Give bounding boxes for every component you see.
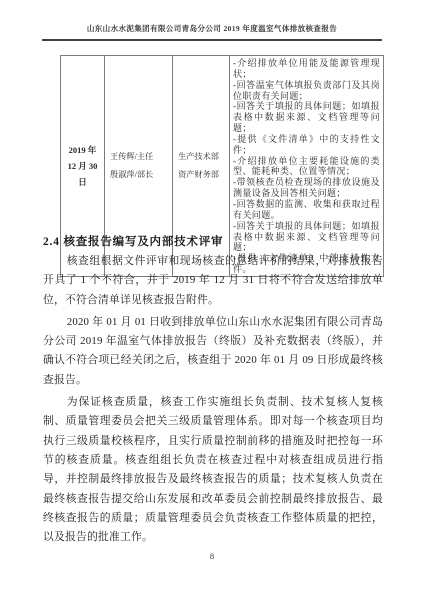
paragraph: 2020 年 01 月 01 日收到排放单位山东山水水泥集团有限公司青岛分公司 … [43,313,383,390]
interviewee: 殷淑萍/部长 [105,166,172,184]
running-header: 山东山水水泥集团有限公司青岛分公司 2019 年度温室气体排放核查报告 [42,23,382,34]
section-body: 核查组根据文件评审和现场核查的总结评价的结果，对排放报告开具了 1 个不符合，并… [43,252,383,550]
activity-item: -回答数据的监测、收集和获取过程有关问题。 [233,199,380,221]
section-heading: 2.4 核查报告编写及内部技术评审 [43,233,383,249]
activity-item: -介绍排放单位用能及能源管理现状； [233,58,380,80]
paragraph: 核查组根据文件评审和现场核查的总结评价的结果，对排放报告开具了 1 个不符合，并… [43,252,383,310]
activity-item: -介绍排放单位主要耗能设施的类型、能耗种类、位置等情况； [233,156,380,178]
document-page: 山东山水水泥集团有限公司青岛分公司 2019 年度温室气体排放核查报告 2019… [0,0,424,600]
activity-item: -带领核查员检查现场的排放设施及测量设备及回答相关问题； [233,177,380,199]
paragraph: 为保证核查质量，核查工作实施组长负责制、技术复核人复核制、质量管理委员会把关三级… [43,393,383,547]
activity-item: -回答关于填报的具体问题；如填报表格中数据来源、文档管理等问题； [233,101,380,134]
department: 资产财务部 [173,166,229,184]
page-number: 8 [0,551,424,561]
activity-item: -提供《文件清单》中的支持性文件； [233,134,380,156]
interviewee: 王传辉/主任 [105,148,172,166]
department: 生产技术部 [173,148,229,166]
header-divider [42,39,382,41]
activity-item: -回答温室气体填报负责部门及其岗位职责有关问题； [233,80,380,102]
